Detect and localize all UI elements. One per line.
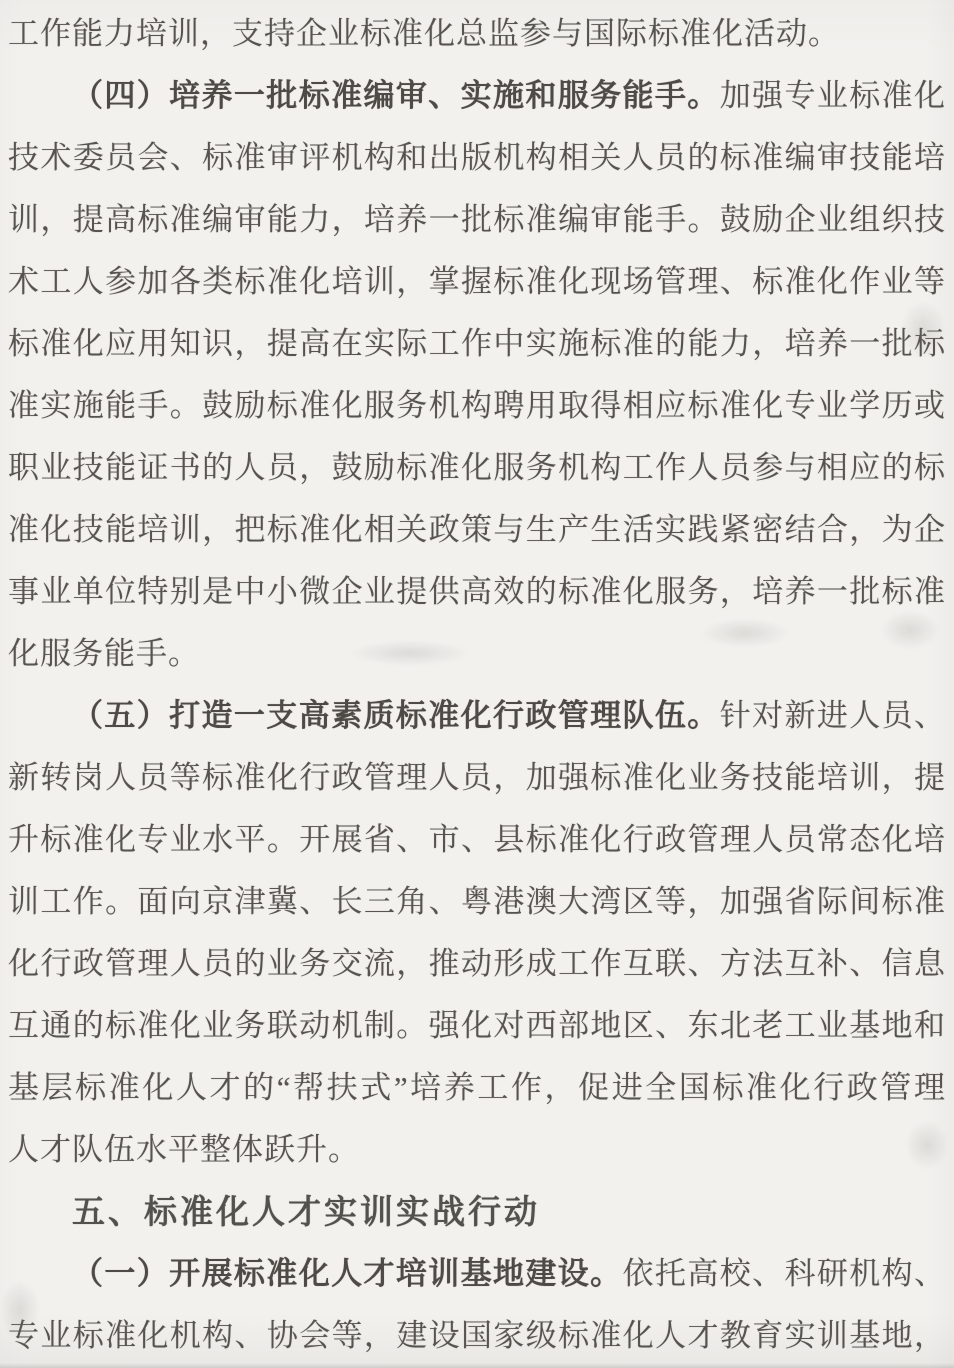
paragraph-text: 依托高校、科研机构、	[623, 1256, 946, 1291]
paragraph-text: 训，提高标准编审能力，培养一批标准编审能手。鼓励企业组织技	[8, 202, 946, 237]
text-line: 人才队伍水平整体跃升。	[8, 1119, 946, 1181]
paragraph-text: 准化技能培训，把标准化相关政策与生产生活实践紧密结合，为企	[8, 512, 946, 547]
text-line: 化服务能手。	[8, 623, 946, 685]
text-line: （四）培养一批标准编审、实施和服务能手。加强专业标准化	[8, 65, 946, 127]
paragraph-text: 术工人参加各类标准化培训，掌握标准化现场管理、标准化作业等	[8, 264, 946, 299]
text-line: 互通的标准化业务联动机制。强化对西部地区、东北老工业基地和	[8, 995, 946, 1057]
paragraph-text: 新转岗人员等标准化行政管理人员，加强标准化业务技能培训，提	[8, 760, 946, 795]
text-line: 训工作。面向京津冀、长三角、粤港澳大湾区等，加强省际间标准	[8, 871, 946, 933]
text-line: 化行政管理人员的业务交流，推动形成工作互联、方法互补、信息	[8, 933, 946, 995]
text-line: 职业技能证书的人员，鼓励标准化服务机构工作人员参与相应的标	[8, 437, 946, 499]
paragraph-text: 基层标准化人才的“帮扶式”培养工作，促进全国标准化行政管理	[8, 1070, 946, 1105]
text-lines-container: 工作能力培训，支持企业标准化总监参与国际标准化活动。（四）培养一批标准编审、实施…	[8, 3, 946, 1367]
paragraph-text: 专业标准化机构、协会等，建设国家级标准化人才教育实训基地，	[8, 1318, 946, 1353]
section-heading: 五、标准化人才实训实战行动	[8, 1181, 946, 1243]
paragraph-lead-text: （一）开展标准化人才培训基地建设。	[72, 1256, 623, 1291]
paragraph-text: 化服务能手。	[8, 636, 200, 671]
paragraph-text: 技术委员会、标准审评机构和出版机构相关人员的标准编审技能培	[8, 140, 946, 175]
paragraph-text: 加强专业标准化	[720, 78, 946, 113]
text-line: 升标准化专业水平。开展省、市、县标准化行政管理人员常态化培	[8, 809, 946, 871]
text-line: （一）开展标准化人才培训基地建设。依托高校、科研机构、	[8, 1243, 946, 1305]
paragraph-text: 五、标准化人才实训实战行动	[72, 1193, 540, 1230]
paragraph-text: 互通的标准化业务联动机制。强化对西部地区、东北老工业基地和	[8, 1008, 946, 1043]
paragraph-text: 职业技能证书的人员，鼓励标准化服务机构工作人员参与相应的标	[8, 450, 946, 485]
text-line: 术工人参加各类标准化培训，掌握标准化现场管理、标准化作业等	[8, 251, 946, 313]
paragraph-text: 训工作。面向京津冀、长三角、粤港澳大湾区等，加强省际间标准	[8, 884, 946, 919]
paragraph-text: 针对新进人员、	[720, 698, 946, 733]
text-line: 事业单位特别是中小微企业提供高效的标准化服务，培养一批标准	[8, 561, 946, 623]
text-line: （五）打造一支高素质标准化行政管理队伍。针对新进人员、	[8, 685, 946, 747]
paragraph-text: 准实施能手。鼓励标准化服务机构聘用取得相应标准化专业学历或	[8, 388, 946, 423]
document-page: 工作能力培训，支持企业标准化总监参与国际标准化活动。（四）培养一批标准编审、实施…	[0, 0, 954, 1368]
paragraph-text: 人才队伍水平整体跃升。	[8, 1132, 360, 1167]
text-line: 工作能力培训，支持企业标准化总监参与国际标准化活动。	[8, 3, 946, 65]
paragraph-lead-text: （四）培养一批标准编审、实施和服务能手。	[72, 78, 720, 113]
paragraph-lead-text: （五）打造一支高素质标准化行政管理队伍。	[72, 698, 720, 733]
text-line: 准实施能手。鼓励标准化服务机构聘用取得相应标准化专业学历或	[8, 375, 946, 437]
paragraph-text: 事业单位特别是中小微企业提供高效的标准化服务，培养一批标准	[8, 574, 946, 609]
paragraph-text: 化行政管理人员的业务交流，推动形成工作互联、方法互补、信息	[8, 946, 946, 981]
text-line: 专业标准化机构、协会等，建设国家级标准化人才教育实训基地，	[8, 1305, 946, 1367]
text-line: 标准化应用知识，提高在实际工作中实施标准的能力，培养一批标	[8, 313, 946, 375]
text-line: 准化技能培训，把标准化相关政策与生产生活实践紧密结合，为企	[8, 499, 946, 561]
paragraph-text: 标准化应用知识，提高在实际工作中实施标准的能力，培养一批标	[8, 326, 946, 361]
text-line: 新转岗人员等标准化行政管理人员，加强标准化业务技能培训，提	[8, 747, 946, 809]
paragraph-text: 升标准化专业水平。开展省、市、县标准化行政管理人员常态化培	[8, 822, 946, 857]
paragraph-text: 工作能力培训，支持企业标准化总监参与国际标准化活动。	[8, 16, 840, 51]
text-line: 技术委员会、标准审评机构和出版机构相关人员的标准编审技能培	[8, 127, 946, 189]
text-line: 训，提高标准编审能力，培养一批标准编审能手。鼓励企业组织技	[8, 189, 946, 251]
text-line: 基层标准化人才的“帮扶式”培养工作，促进全国标准化行政管理	[8, 1057, 946, 1119]
